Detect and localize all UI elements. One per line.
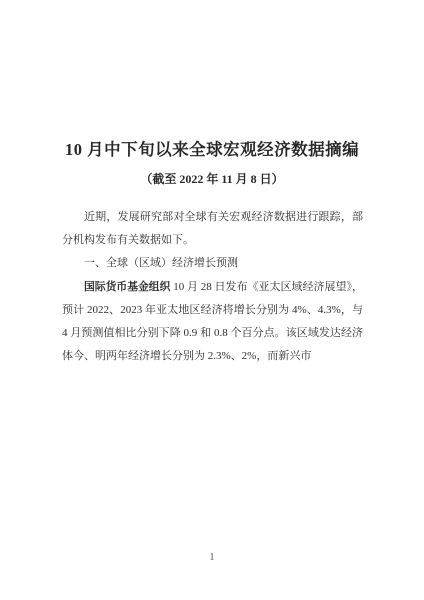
paragraph-intro: 近期，发展研究部对全球有关宏观经济数据进行跟踪，部分机构发布有关数据如下。 <box>62 206 363 252</box>
paragraph-imf: 国际货币基金组织 10 月 28 日发布《亚太区域经济展望》，预计 2022、2… <box>62 276 363 369</box>
document-subtitle: （截至 2022 年 11 月 8 日） <box>0 170 424 187</box>
paragraph-imf-bold-lead: 国际货币基金组织 <box>84 281 170 293</box>
section-heading-text: 一、全球（区域）经济增长预测 <box>84 257 238 269</box>
document-title: 10 月中下旬以来全球宏观经济数据摘编 <box>0 136 424 160</box>
section-heading: 一、全球（区域）经济增长预测 <box>62 252 363 275</box>
document-page: 10 月中下旬以来全球宏观经济数据摘编 （截至 2022 年 11 月 8 日）… <box>0 0 424 600</box>
page-number: 1 <box>0 552 424 563</box>
paragraph-intro-text: 近期，发展研究部对全球有关宏观经济数据进行跟踪，部分机构发布有关数据如下。 <box>62 211 363 246</box>
document-body: 近期，发展研究部对全球有关宏观经济数据进行跟踪，部分机构发布有关数据如下。 一、… <box>62 206 363 368</box>
